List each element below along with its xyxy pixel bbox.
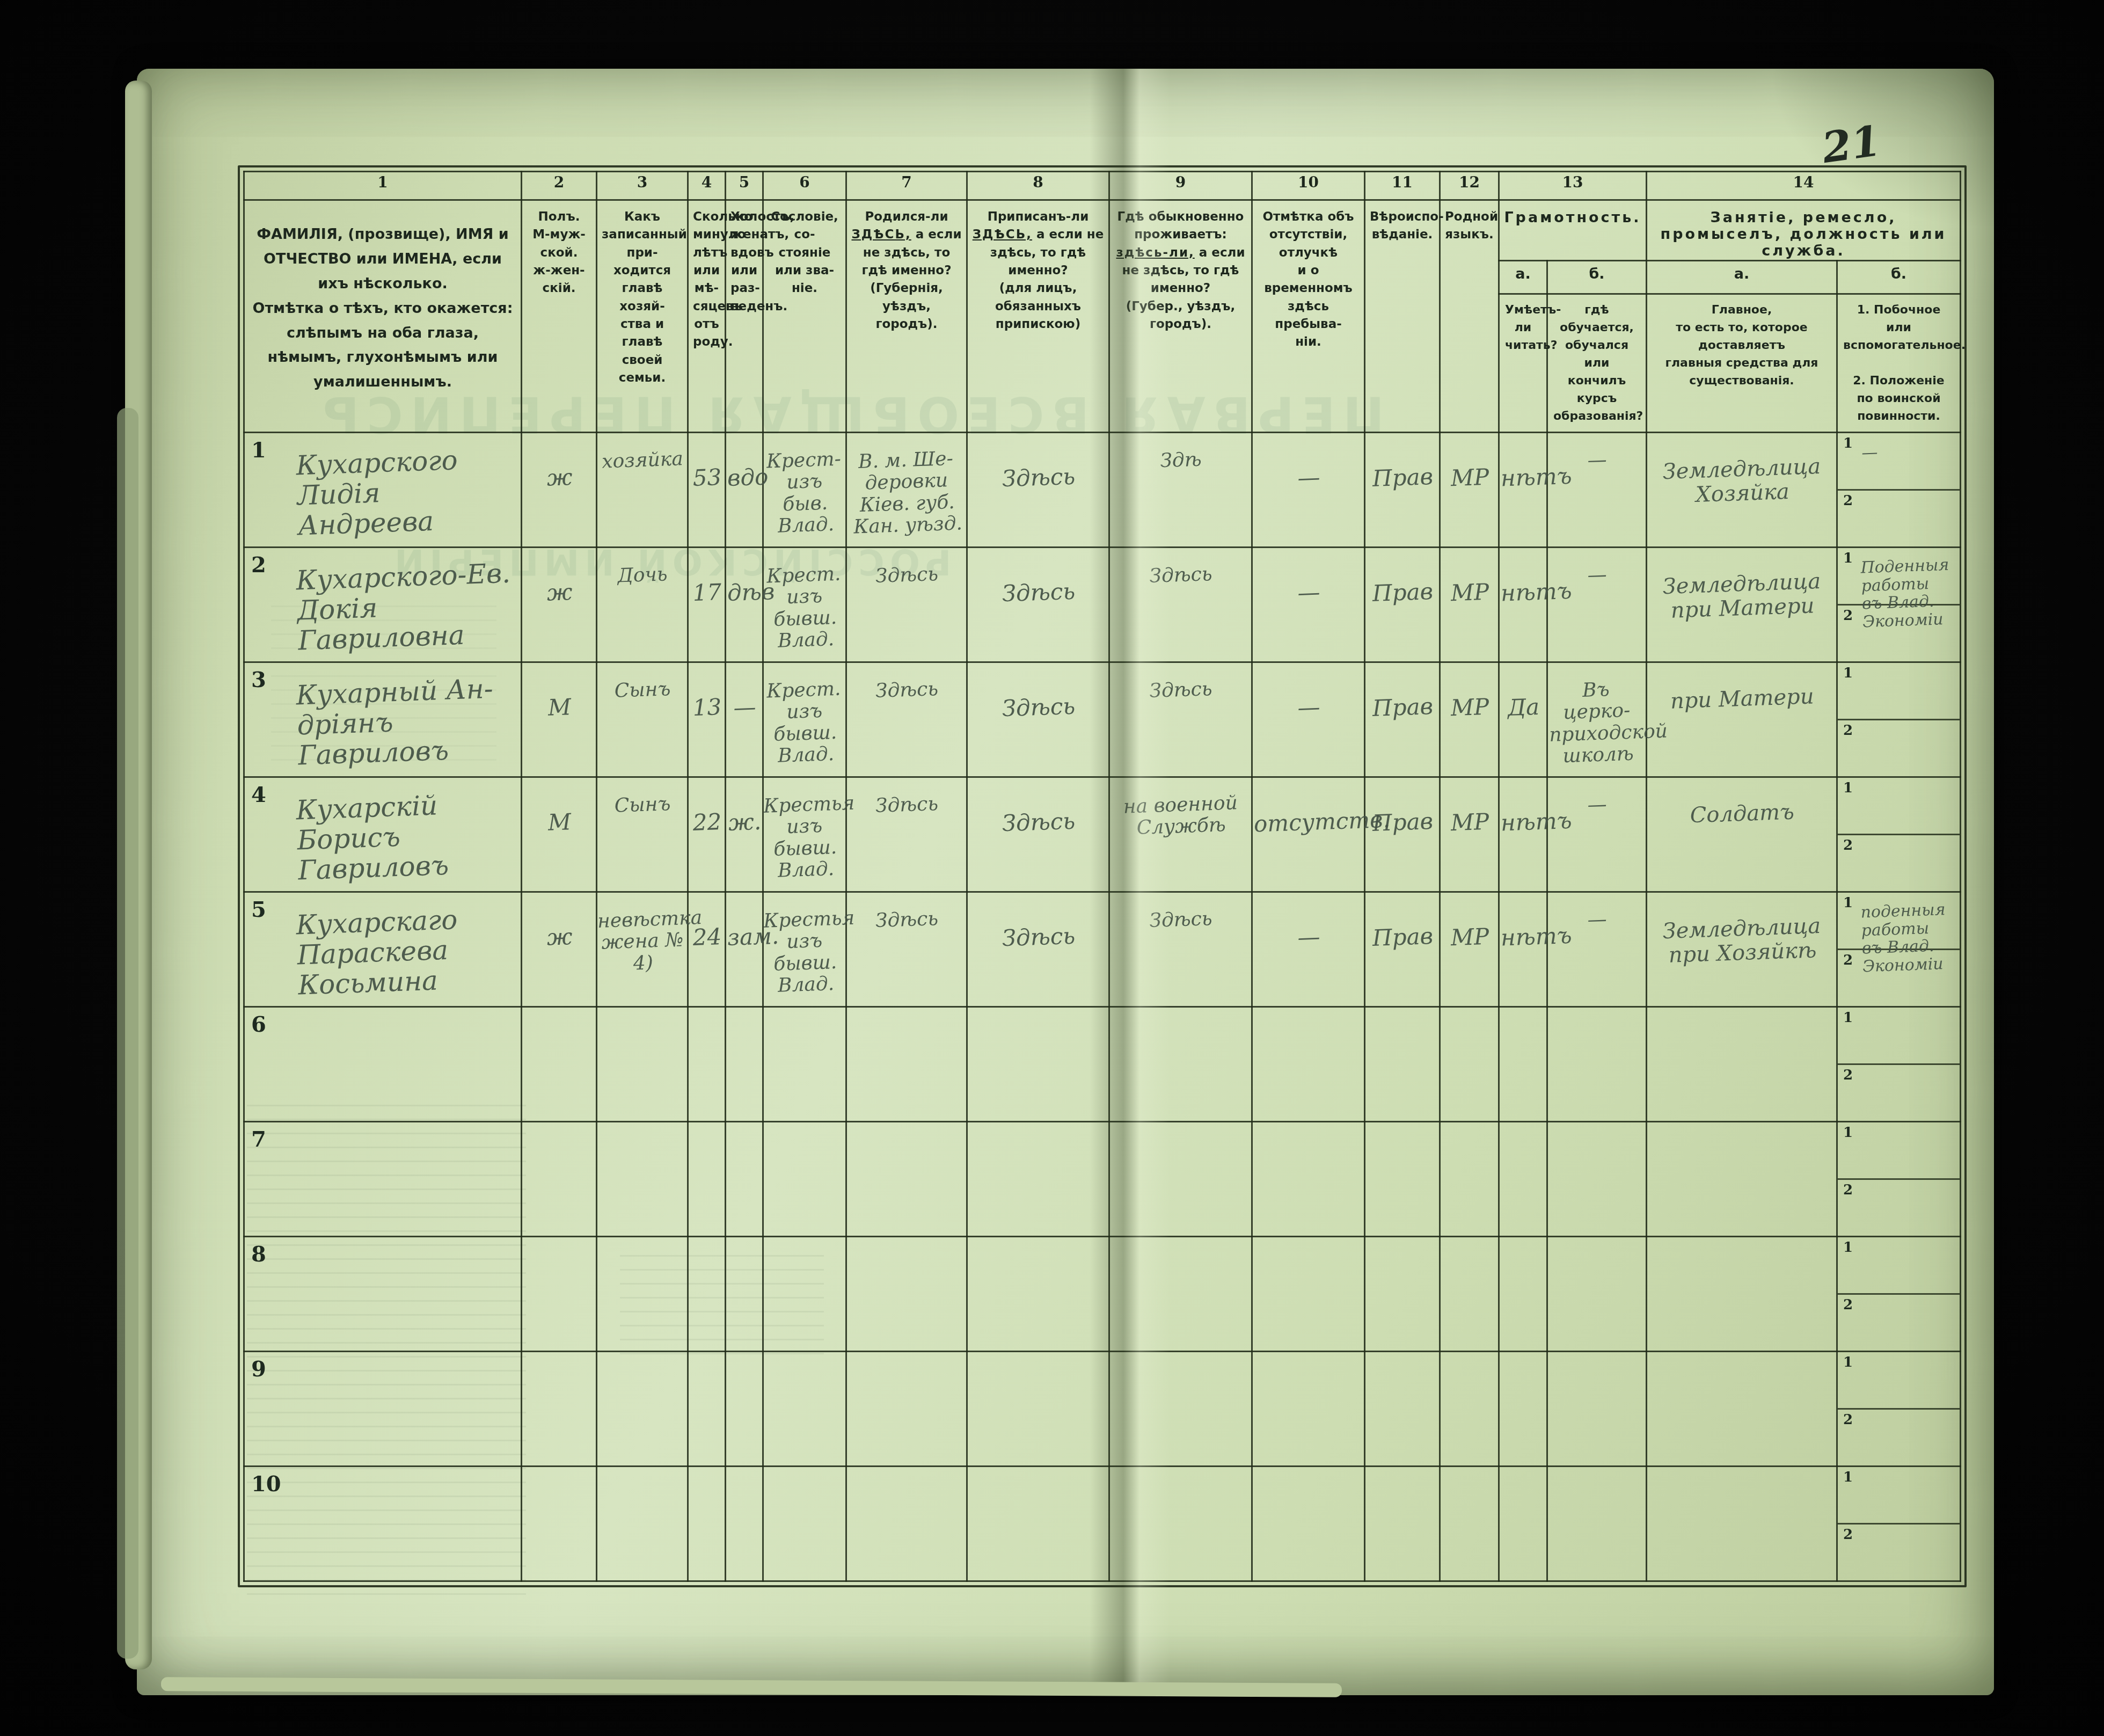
- handwritten-entry: [522, 1467, 596, 1500]
- cell-language: [1440, 1467, 1499, 1581]
- header-text: а если не здѣсь, то гдѣ именно? (Губерні…: [862, 228, 962, 331]
- cell-sex: [522, 1352, 597, 1467]
- cell-language: МР: [1440, 548, 1499, 662]
- col-num-7: 7: [846, 172, 967, 200]
- col-header-13b-label: б.: [1547, 261, 1647, 294]
- handwritten-entry: Крестья изъ бывш. Влад.: [763, 777, 847, 882]
- cell-relation: хозяйка: [597, 433, 688, 548]
- cell-faith: [1365, 1237, 1440, 1352]
- handwritten-entry: [1111, 1235, 1251, 1256]
- side-subcell-2: 2: [1838, 606, 1960, 661]
- cell-absence: —: [1252, 548, 1365, 662]
- cell-born: [846, 1237, 967, 1352]
- cell-relation: [597, 1007, 688, 1122]
- side-subcell-1: 1поденныя работы въ Влад. Экономіи: [1838, 893, 1960, 950]
- cell-registered: [967, 1122, 1109, 1237]
- cell-occupation: Солдатъ: [1647, 777, 1837, 892]
- handwritten-entry: нѣтъ: [1499, 778, 1547, 836]
- handwritten-entry: Крест. изъ бывш. Влад.: [763, 662, 847, 767]
- cell-side-occupation: 1поденныя работы въ Влад. Экономіи2: [1837, 892, 1961, 1007]
- census-table-frame: 1 2 3 4 5 6 7 8 9 10 11 12 13 14 ФАМИЛІЯ…: [238, 165, 1967, 1587]
- cell-language: МР: [1440, 662, 1499, 777]
- handwritten-entry: Здѣсь: [847, 891, 966, 933]
- handwritten-entry: Здѣсь: [967, 891, 1109, 952]
- header-text: а если не здѣсь, то гдѣ именно? (для лиц…: [990, 228, 1104, 331]
- col-num-6: 6: [763, 172, 846, 200]
- handwritten-entry: вдо: [726, 433, 763, 491]
- cell-resides: на военной Службѣ: [1109, 777, 1252, 892]
- col-header-registration: Приписанъ-ли ЗДѢСЬ, а если не здѣсь, то …: [967, 200, 1109, 433]
- col-header-age: Сколько минуло лѣтъ или мѣ- сяцевъ отъ р…: [688, 200, 726, 433]
- cell-sex: [522, 1237, 597, 1352]
- handwritten-entry: [726, 1008, 762, 1040]
- handwritten-entry: 24: [688, 893, 725, 950]
- scanned-census-spread: { "page": { "number": "21", "paper_color…: [0, 0, 2104, 1736]
- cell-marital: зам.: [726, 892, 763, 1007]
- handwritten-entry: [1441, 1352, 1498, 1385]
- header-text: Гдѣ обыкновенно проживаетъ:: [1117, 210, 1244, 242]
- side-subcell-1: 1: [1838, 663, 1960, 720]
- cell-language: [1440, 1007, 1499, 1122]
- cell-resides: [1109, 1352, 1252, 1467]
- cell-age: [688, 1467, 726, 1581]
- handwritten-entry: [1441, 1007, 1498, 1040]
- col-header-literacy: Грамотность.: [1499, 200, 1647, 261]
- cell-sex: М: [522, 777, 597, 892]
- handwritten-entry: [726, 1467, 762, 1499]
- cell-literate: Да: [1499, 662, 1547, 777]
- cell-faith: [1365, 1007, 1440, 1122]
- side-subcell-2: 2: [1838, 491, 1960, 546]
- page-stack-edge: [117, 408, 138, 1659]
- handwritten-entry: [1647, 1350, 1836, 1380]
- col-header-14a-desc: Главное, то есть то, которое доставляетъ…: [1647, 294, 1837, 433]
- cell-name: 7: [244, 1122, 522, 1237]
- cell-school: —: [1547, 892, 1647, 1007]
- handwritten-entry: [1111, 1465, 1251, 1486]
- handwritten-entry: [689, 1352, 725, 1384]
- handwritten-entry: Кухарный Ан- дріянъ Гавриловъ: [244, 659, 522, 772]
- handwritten-entry: [245, 1003, 521, 1027]
- handwritten-entry: [1253, 1006, 1364, 1041]
- side-subcell-1: 1Поденныя работы въ Влад. Экономіи: [1838, 548, 1960, 606]
- cell-marital: —: [726, 662, 763, 777]
- handwritten-entry: Прав: [1365, 548, 1440, 607]
- cell-resides: Здѣсь: [1109, 892, 1252, 1007]
- table-row: 5Кухарскаго Параскева Косьминажневѣстка …: [244, 892, 1961, 1007]
- handwritten-entry: [1500, 1122, 1546, 1155]
- col-num-10: 10: [1252, 172, 1365, 200]
- handwritten-entry: МР: [1440, 548, 1499, 606]
- cell-estate: [763, 1237, 846, 1352]
- handwritten-entry: [1548, 1466, 1646, 1485]
- handwritten-entry: Здѣсь: [847, 776, 966, 818]
- cell-occupation: [1647, 1352, 1837, 1467]
- handwritten-entry: ж: [522, 548, 596, 607]
- handwritten-entry: [689, 1237, 725, 1270]
- handwritten-entry: Сынъ: [597, 777, 687, 818]
- table-row: 612: [244, 1007, 1961, 1122]
- handwritten-entry: Здѣсь: [1110, 546, 1251, 588]
- cell-relation: [597, 1467, 688, 1581]
- handwritten-entry: 13: [688, 663, 725, 720]
- cell-marital: вдо: [726, 433, 763, 548]
- cell-side-occupation: 12: [1837, 777, 1961, 892]
- handwritten-entry: МР: [1440, 433, 1499, 491]
- side-subcell-2: 2: [1838, 1295, 1960, 1351]
- handwritten-entry: [1838, 1293, 1960, 1307]
- handwritten-entry: [968, 1465, 1108, 1501]
- handwritten-entry: [726, 1237, 762, 1270]
- handwritten-entry: [1647, 1005, 1836, 1035]
- handwritten-entry: Крест- изъ быв. Влад.: [763, 432, 847, 537]
- header-desc-row: ФАМИЛІЯ, (прозвище), ИМЯ и ОТЧЕСТВО или …: [244, 200, 1961, 261]
- cell-registered: Здѣсь: [967, 892, 1109, 1007]
- cell-occupation: при Матери: [1647, 662, 1837, 777]
- handwritten-entry: [689, 1008, 725, 1040]
- cell-side-occupation: 12: [1837, 1467, 1961, 1581]
- handwritten-entry: Здѣсь: [967, 661, 1109, 722]
- col-num-3: 3: [597, 172, 688, 200]
- cell-language: МР: [1440, 892, 1499, 1007]
- side-subcell-2: 2: [1838, 1525, 1960, 1580]
- handwritten-entry: 17: [688, 548, 725, 606]
- cell-marital: [726, 1237, 763, 1352]
- cell-resides: Здѣсь: [1109, 662, 1252, 777]
- side-subcell-1: 1: [1838, 1122, 1960, 1180]
- handwritten-entry: ж: [522, 433, 596, 492]
- side-subcell-1: 1: [1838, 1352, 1960, 1410]
- cell-registered: [967, 1237, 1109, 1352]
- handwritten-entry: —: [1252, 661, 1364, 721]
- handwritten-entry: [1500, 1237, 1546, 1270]
- table-row: 2Кухарского-Ев. Докія ГавриловнажДочь17д…: [244, 548, 1961, 662]
- handwritten-entry: при Матери: [1647, 660, 1837, 714]
- side-subcell-2: 2: [1838, 835, 1960, 891]
- cell-absence: [1252, 1122, 1365, 1237]
- handwritten-entry: [1500, 1352, 1546, 1385]
- col-header-birthplace: Родился-ли ЗДѢСЬ, а если не здѣсь, то гд…: [846, 200, 967, 433]
- handwritten-entry: [598, 1006, 687, 1026]
- cell-resides: [1109, 1122, 1252, 1237]
- cell-side-occupation: 1Поденныя работы въ Влад. Экономіи2: [1837, 548, 1961, 662]
- handwritten-entry: [764, 1236, 845, 1255]
- handwritten-entry: [1548, 1121, 1646, 1141]
- cell-born: [846, 1467, 967, 1581]
- cell-occupation: [1647, 1007, 1837, 1122]
- col-num-1: 1: [244, 172, 522, 200]
- handwritten-entry: [1365, 1122, 1439, 1156]
- col-num-14: 14: [1647, 172, 1961, 200]
- handwritten-entry: [1441, 1467, 1498, 1500]
- cell-sex: [522, 1122, 597, 1237]
- cell-side-occupation: 12: [1837, 662, 1961, 777]
- handwritten-entry: [598, 1351, 687, 1370]
- handwritten-entry: 22: [688, 778, 725, 835]
- col-header-13b-desc: гдѣ обучается, обучался или кончилъ курс…: [1547, 294, 1647, 433]
- table-row: 712: [244, 1122, 1961, 1237]
- handwritten-entry: на военной Службѣ: [1109, 776, 1252, 840]
- cell-registered: Здѣсь: [967, 662, 1109, 777]
- cell-marital: [726, 1352, 763, 1467]
- side-subcell-1: 1: [1838, 1237, 1960, 1295]
- side-subcell-1: 1: [1838, 1467, 1960, 1525]
- handwritten-entry: —: [1548, 547, 1646, 588]
- cell-absence: [1252, 1007, 1365, 1122]
- cell-school: [1547, 1467, 1647, 1581]
- handwritten-entry: Здѣсь: [967, 546, 1109, 607]
- handwritten-entry: Сынъ: [597, 662, 687, 703]
- cell-absence: —: [1252, 662, 1365, 777]
- handwritten-entry: Прав: [1365, 777, 1440, 836]
- cell-school: —: [1547, 777, 1647, 892]
- handwritten-entry: [1548, 1236, 1646, 1256]
- cell-side-occupation: 12: [1837, 1007, 1961, 1122]
- handwritten-entry: [522, 1352, 596, 1385]
- cell-relation: Дочь: [597, 548, 688, 662]
- handwritten-entry: [764, 1006, 845, 1025]
- cell-sex: ж: [522, 892, 597, 1007]
- handwritten-entry: Крест. изъ бывш. Влад.: [763, 547, 847, 652]
- handwritten-entry: [848, 1465, 966, 1486]
- cell-registered: [967, 1467, 1109, 1581]
- cell-name: 6: [244, 1007, 522, 1122]
- cell-relation: Сынъ: [597, 777, 688, 892]
- handwritten-entry: [1365, 1237, 1439, 1271]
- handwritten-entry: [598, 1236, 687, 1256]
- handwritten-entry: В. м. Ше- деровки Кіев. губ. Кан. уѣзд.: [846, 432, 968, 538]
- table-row: 3Кухарный Ан- дріянъ ГавриловъМСынъ13—Кр…: [244, 662, 1961, 777]
- cell-literate: [1499, 1122, 1547, 1237]
- col-num-8: 8: [967, 172, 1109, 200]
- header-underlined: здѣсь-ли,: [1116, 246, 1194, 260]
- handwritten-entry: М: [522, 777, 596, 836]
- handwritten-entry: [245, 1463, 521, 1486]
- cell-resides: [1109, 1007, 1252, 1122]
- cell-sex: М: [522, 662, 597, 777]
- cell-relation: [597, 1122, 688, 1237]
- cell-language: [1440, 1352, 1499, 1467]
- handwritten-entry: [1838, 1063, 1960, 1077]
- side-subcell-1: 1—: [1838, 433, 1960, 491]
- table-row: 1Кухарского Лидія Андрееважхозяйка53вдоК…: [244, 433, 1961, 548]
- handwritten-entry: [1838, 1465, 1960, 1479]
- handwritten-entry: [968, 1120, 1108, 1156]
- handwritten-entry: Земледѣлица при Хозяйкѣ: [1647, 890, 1837, 968]
- handwritten-entry: —: [1548, 892, 1646, 933]
- cell-age: [688, 1352, 726, 1467]
- cell-estate: Крестья изъ бывш. Влад.: [763, 892, 846, 1007]
- cell-absence: —: [1252, 892, 1365, 1007]
- handwritten-entry: [1253, 1351, 1364, 1385]
- handwritten-entry: Дочь: [597, 547, 687, 588]
- col-header-faith: Вѣроиспо- вѣданіе.: [1365, 200, 1440, 433]
- handwritten-entry: [598, 1466, 687, 1485]
- handwritten-entry: Земледѣлица Хозяйка: [1647, 431, 1837, 509]
- cell-absence: [1252, 1352, 1365, 1467]
- handwritten-entry: Да: [1499, 663, 1547, 721]
- handwritten-entry: [968, 1005, 1108, 1041]
- cell-born: [846, 1352, 967, 1467]
- handwritten-entry: МР: [1440, 892, 1499, 951]
- handwritten-entry: [1838, 1407, 1960, 1421]
- handwritten-entry: [522, 1237, 596, 1271]
- handwritten-entry: —: [1548, 432, 1646, 473]
- cell-occupation: Земледѣлица Хозяйка: [1647, 433, 1837, 548]
- side-subcell-2: 2: [1838, 1065, 1960, 1121]
- handwritten-entry: [1365, 1467, 1439, 1500]
- cell-name: 1Кухарского Лидія Андреева: [244, 433, 522, 548]
- handwritten-entry: [522, 1122, 596, 1156]
- handwritten-entry: [1647, 1464, 1836, 1494]
- cell-school: Въ церко- приходской школѣ: [1547, 662, 1647, 777]
- col-header-name: ФАМИЛІЯ, (прозвище), ИМЯ и ОТЧЕСТВО или …: [244, 200, 522, 433]
- cell-estate: [763, 1122, 846, 1237]
- census-rows: 1Кухарского Лидія Андрееважхозяйка53вдоК…: [244, 433, 1961, 1581]
- cell-language: МР: [1440, 433, 1499, 548]
- handwritten-entry: Кухарского-Ев. Докія Гавриловна: [244, 544, 522, 658]
- cell-literate: нѣтъ: [1499, 548, 1547, 662]
- handwritten-entry: [848, 1236, 966, 1256]
- cell-faith: Прав: [1365, 433, 1440, 548]
- table-row: 812: [244, 1237, 1961, 1352]
- cell-school: [1547, 1237, 1647, 1352]
- handwritten-entry: [764, 1351, 845, 1370]
- cell-absence: [1252, 1237, 1365, 1352]
- cell-marital: [726, 1467, 763, 1581]
- handwritten-entry: [764, 1466, 845, 1485]
- handwritten-entry: [1838, 833, 1960, 847]
- handwritten-entry: [245, 1233, 521, 1257]
- cell-side-occupation: 12: [1837, 1352, 1961, 1467]
- handwritten-entry: ж: [522, 892, 596, 951]
- cell-faith: Прав: [1365, 548, 1440, 662]
- cell-marital: ж.: [726, 777, 763, 892]
- handwritten-entry: ж.: [726, 778, 763, 835]
- handwritten-entry: [968, 1235, 1108, 1271]
- handwritten-page-number: 21: [1819, 116, 1883, 173]
- side-subcell-1: 1: [1838, 778, 1960, 835]
- col-header-14a-label: a.: [1647, 261, 1837, 294]
- handwritten-entry: [1365, 1352, 1439, 1385]
- census-sheet: ПЕРВАЯ ВСЕОБЩАЯ ПЕРЕПИСЬ РОССІЙСКОЙ ИМПЕ…: [137, 69, 1994, 1695]
- handwritten-entry: [1647, 1120, 1836, 1150]
- cell-name: 5Кухарскаго Параскева Косьмина: [244, 892, 522, 1007]
- handwritten-entry: Прав: [1365, 662, 1440, 721]
- handwritten-entry: М: [522, 662, 596, 721]
- cell-occupation: Земледѣлица при Хозяйкѣ: [1647, 892, 1837, 1007]
- side-subcell-2: 2: [1838, 1180, 1960, 1236]
- cell-literate: [1499, 1237, 1547, 1352]
- cell-registered: Здѣсь: [967, 548, 1109, 662]
- cell-resides: [1109, 1237, 1252, 1352]
- cell-absence: [1252, 1467, 1365, 1581]
- col-num-2: 2: [522, 172, 597, 200]
- cell-name: 10: [244, 1467, 522, 1581]
- handwritten-entry: [1500, 1467, 1546, 1500]
- cell-language: МР: [1440, 777, 1499, 892]
- cell-estate: Крест- изъ быв. Влад.: [763, 433, 846, 548]
- cell-faith: Прав: [1365, 662, 1440, 777]
- cell-occupation: [1647, 1122, 1837, 1237]
- cell-born: Здѣсь: [846, 548, 967, 662]
- cell-age: [688, 1237, 726, 1352]
- handwritten-entry: Солдатъ: [1647, 775, 1837, 829]
- handwritten-entry: [1548, 1351, 1646, 1370]
- cell-occupation: [1647, 1467, 1837, 1581]
- handwritten-entry: [1838, 1120, 1960, 1134]
- cell-relation: [597, 1237, 688, 1352]
- cell-relation: Сынъ: [597, 662, 688, 777]
- handwritten-entry: [1647, 1235, 1836, 1265]
- cell-relation: невѣстка жена № 4): [597, 892, 688, 1007]
- cell-registered: [967, 1352, 1109, 1467]
- cell-age: [688, 1007, 726, 1122]
- cell-school: —: [1547, 548, 1647, 662]
- handwritten-entry: [689, 1122, 725, 1155]
- handwritten-entry: [245, 1348, 521, 1372]
- cell-occupation: [1647, 1237, 1837, 1352]
- cell-name: 3Кухарный Ан- дріянъ Гавриловъ: [244, 662, 522, 777]
- cell-sex: ж: [522, 433, 597, 548]
- side-subcell-2: 2: [1838, 950, 1960, 1006]
- col-header-language: Родной языкъ.: [1440, 200, 1499, 433]
- cell-absence: отсутств.: [1252, 777, 1365, 892]
- handwritten-entry: [1838, 776, 1960, 790]
- handwritten-entry: —: [1252, 432, 1364, 492]
- handwritten-entry: —: [1252, 891, 1364, 951]
- cell-estate: [763, 1352, 846, 1467]
- handwritten-entry: Здѣсь: [847, 546, 966, 588]
- handwritten-entry: [968, 1350, 1108, 1386]
- handwritten-entry: —: [1837, 431, 1960, 463]
- cell-literate: [1499, 1352, 1547, 1467]
- handwritten-entry: [848, 1351, 966, 1371]
- cell-born: [846, 1122, 967, 1237]
- cell-literate: нѣтъ: [1499, 777, 1547, 892]
- cell-sex: [522, 1007, 597, 1122]
- cell-school: [1547, 1352, 1647, 1467]
- handwritten-entry: [764, 1121, 845, 1140]
- cell-school: [1547, 1007, 1647, 1122]
- handwritten-entry: Въ церко- приходской школѣ: [1547, 662, 1647, 768]
- col-header-estate: Сословіе, со- стояніе или зва- ніе.: [763, 200, 846, 433]
- handwritten-entry: [1253, 1465, 1364, 1500]
- handwritten-entry: [1253, 1121, 1364, 1156]
- handwritten-entry: Крестья изъ бывш. Влад.: [763, 892, 847, 997]
- handwritten-entry: МР: [1440, 777, 1499, 836]
- handwritten-entry: [1548, 1006, 1646, 1026]
- cell-literate: нѣтъ: [1499, 892, 1547, 1007]
- col-header-sex: Полъ. М-муж- ской. ж-жен- скій.: [522, 200, 597, 433]
- cell-name: 9: [244, 1352, 522, 1467]
- handwritten-entry: [1365, 1007, 1439, 1041]
- col-header-relation: Какъ записанный при- ходится главѣ хозяй…: [597, 200, 688, 433]
- cell-faith: Прав: [1365, 777, 1440, 892]
- handwritten-entry: [1838, 1178, 1960, 1192]
- cell-registered: Здѣсь: [967, 777, 1109, 892]
- col-header-marital: Холостъ, женатъ, вдовъ или раз- веденъ.: [726, 200, 763, 433]
- header-number-row: 1 2 3 4 5 6 7 8 9 10 11 12 13 14: [244, 172, 1961, 200]
- handwritten-entry: нѣтъ: [1499, 548, 1547, 606]
- cell-born: Здѣсь: [846, 777, 967, 892]
- handwritten-entry: [1838, 661, 1960, 675]
- handwritten-entry: —: [1548, 777, 1646, 818]
- cell-faith: [1365, 1467, 1440, 1581]
- header-underlined: ЗДѢСЬ,: [973, 228, 1032, 242]
- handwritten-entry: [1838, 1522, 1960, 1536]
- handwritten-entry: [726, 1352, 762, 1384]
